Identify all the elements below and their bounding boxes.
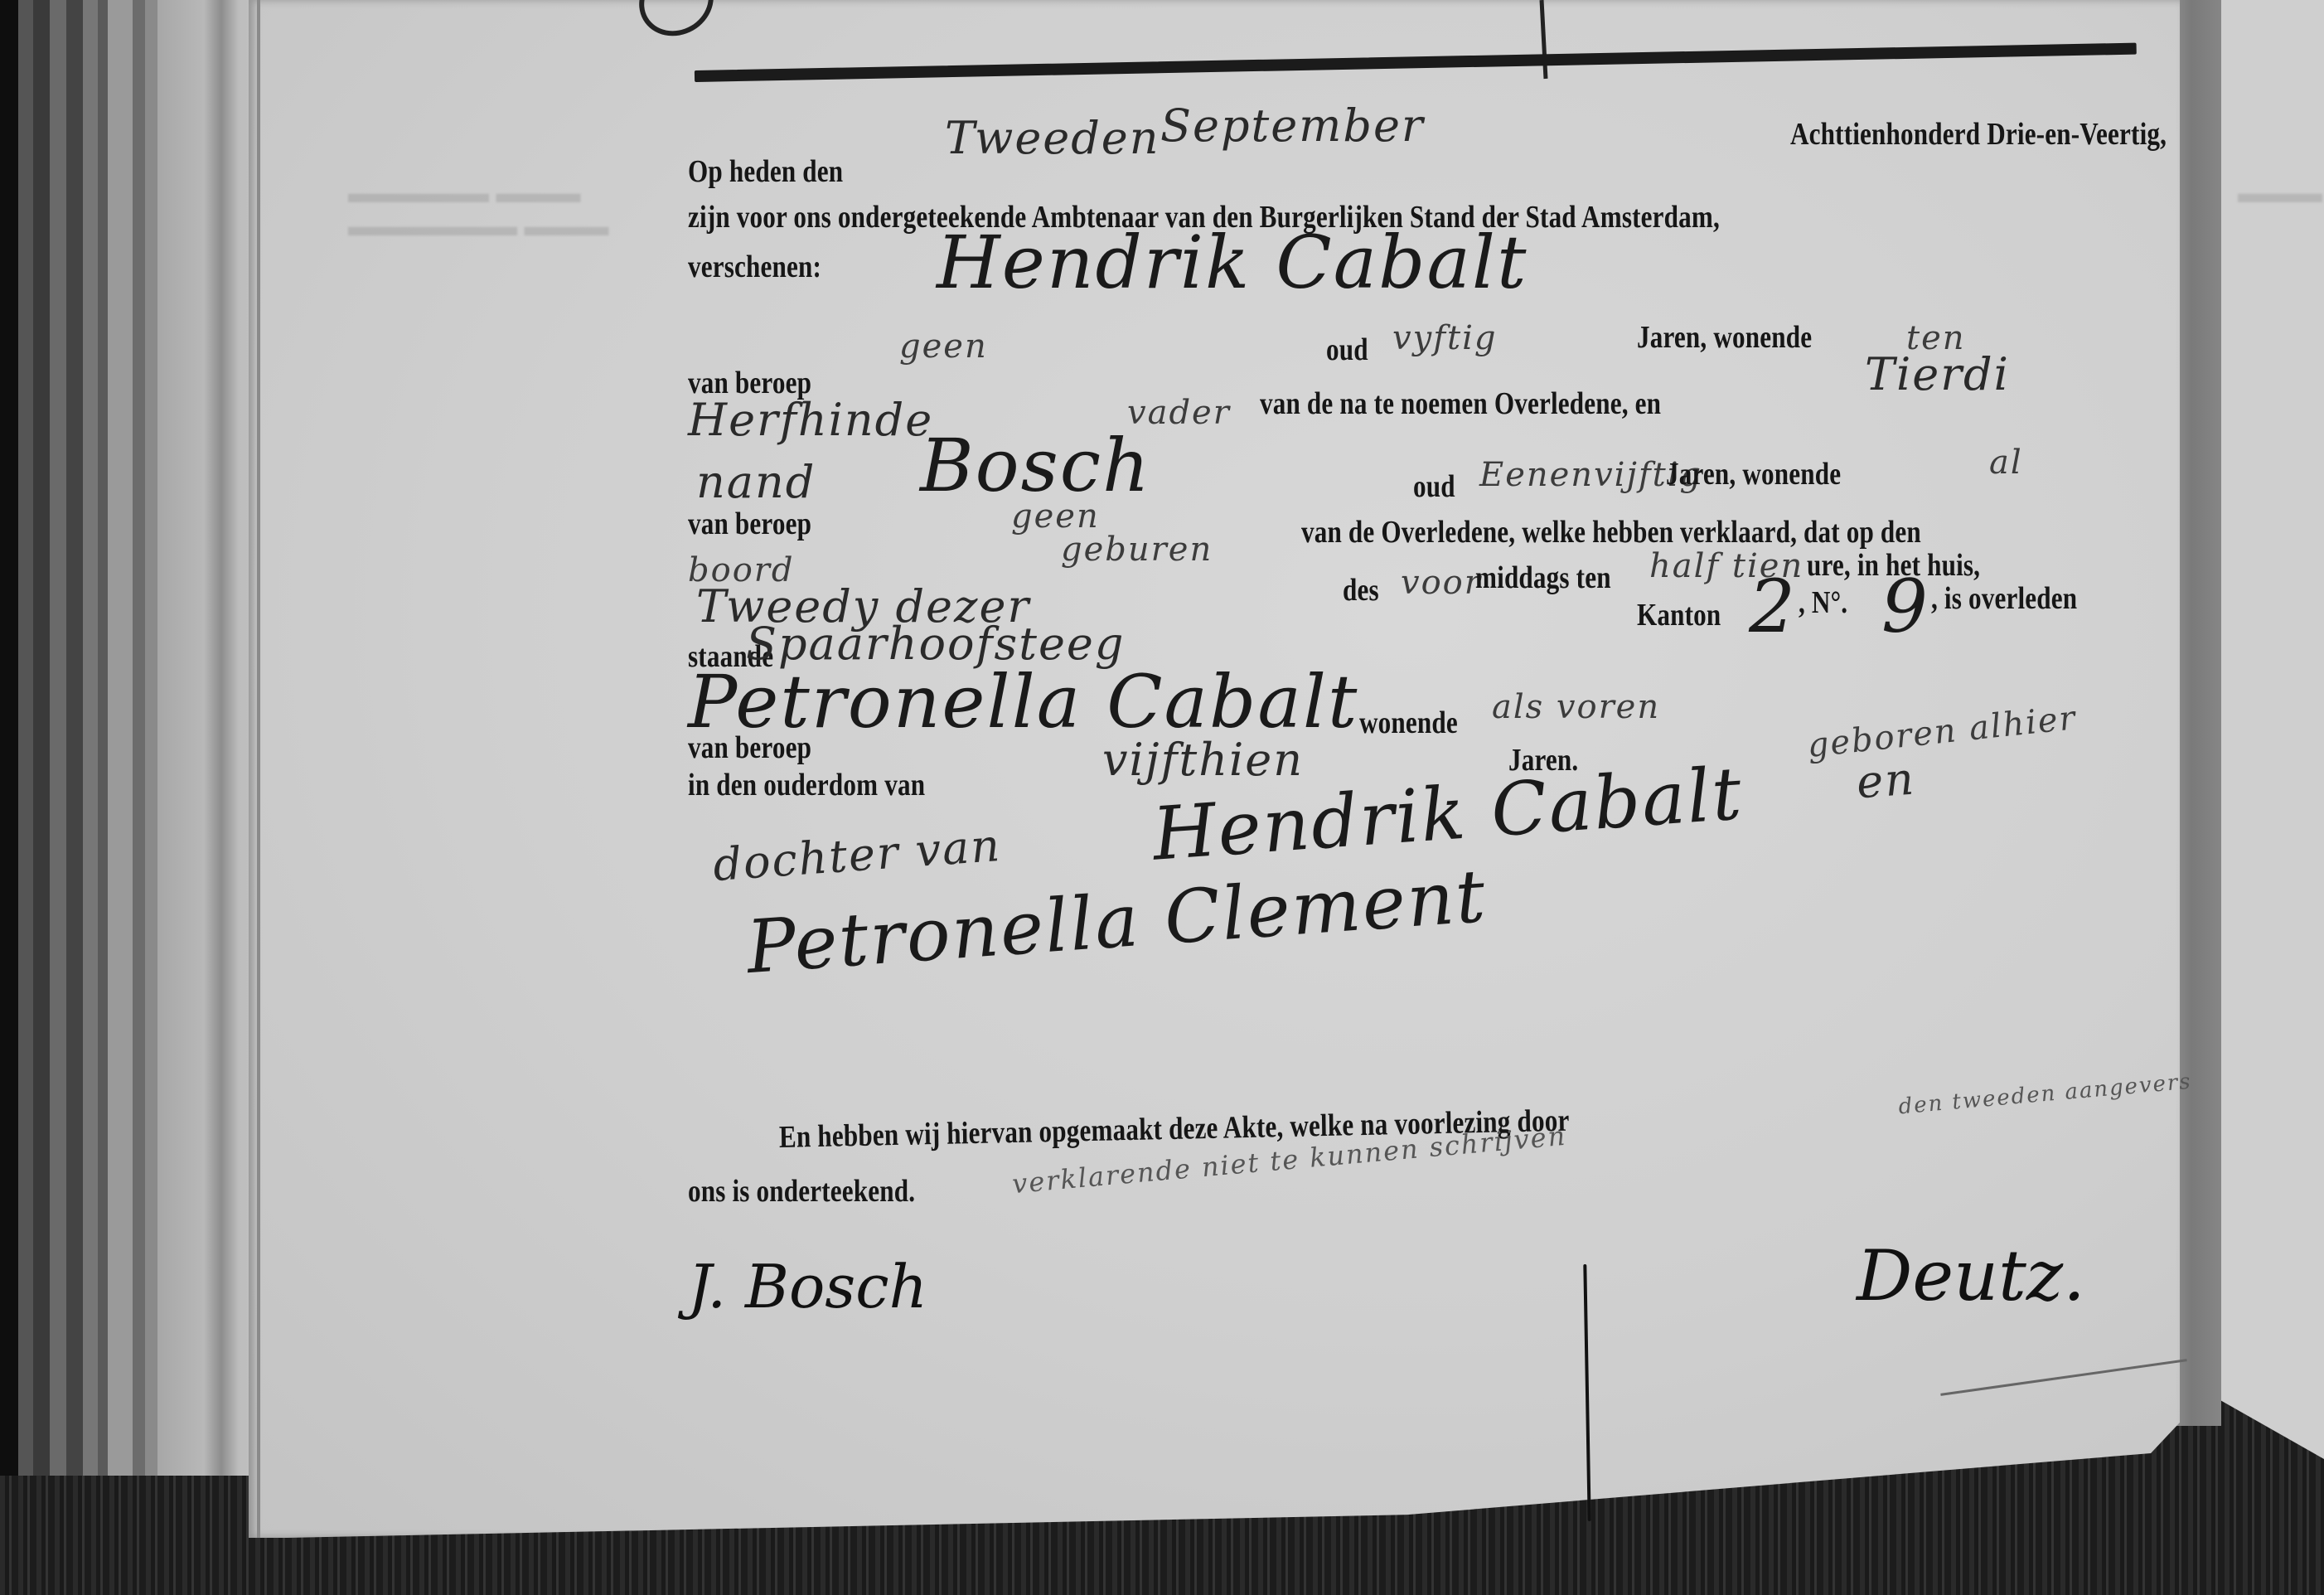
handwritten-deceased-wonende: als voren bbox=[1492, 688, 1660, 726]
handwritten-house-number: 9 bbox=[1881, 564, 1929, 649]
handwritten-deceased-age: vijfthien bbox=[1102, 734, 1304, 786]
handwritten-time-prefix: voor bbox=[1401, 564, 1482, 602]
printed-jaren-wonende-2: Jaren, wonende bbox=[1666, 456, 1841, 492]
bleed-through-text: ▬▬▬▬▬▬ ▬▬▬ bbox=[348, 211, 609, 243]
adjacent-page bbox=[2221, 0, 2324, 1459]
handwritten-declarant2-residence: al bbox=[1989, 444, 2023, 482]
printed-closing-2: ons is onderteekend. bbox=[688, 1173, 915, 1210]
printed-middags-ten: middags ten bbox=[1475, 560, 1611, 596]
printed-jaren-wonende-1: Jaren, wonende bbox=[1637, 319, 1812, 356]
handwritten-declarant1-beroep: geen bbox=[899, 327, 988, 366]
printed-oud-2: oud bbox=[1413, 468, 1455, 505]
handwritten-conjunction: en bbox=[1855, 753, 1917, 809]
printed-kanton: Kanton bbox=[1637, 597, 1721, 633]
bleed-through-text: ▬▬▬▬▬ ▬▬▬ bbox=[348, 178, 581, 210]
handwritten-relation-2: geburen bbox=[1061, 531, 1213, 569]
printed-wonende-3: wonende bbox=[1359, 705, 1458, 741]
signature-right: Deutz. bbox=[1857, 1235, 2085, 1316]
handwritten-declarant1-name: Hendrik Cabalt bbox=[937, 220, 1528, 305]
handwritten-declarant2-name-b: Bosch bbox=[920, 423, 1151, 508]
printed-year: Achttienhonderd Drie-en-Veertig, bbox=[1790, 116, 2167, 153]
handwritten-declarant1-age: vyftig bbox=[1392, 319, 1497, 357]
book-page-stack bbox=[0, 0, 274, 1476]
printed-verklaard: van de Overledene, welke hebben verklaar… bbox=[1301, 514, 1921, 550]
handwritten-date-day: Tweeden bbox=[945, 112, 1160, 164]
handwritten-residence-c: Herfhinde bbox=[688, 394, 933, 446]
printed-ouderdom: in den ouderdom van bbox=[688, 767, 925, 803]
printed-nummer: , N°. bbox=[1799, 584, 1847, 621]
printed-is-overleden: , is overleden bbox=[1931, 580, 2077, 617]
printed-verschenen: verschenen: bbox=[688, 249, 821, 285]
printed-beroep-3: van beroep bbox=[688, 730, 811, 766]
printed-oud-1: oud bbox=[1326, 332, 1368, 368]
handwritten-date-month: September bbox=[1160, 99, 1425, 152]
printed-relation-1: van de na te noemen Overledene, en bbox=[1260, 385, 1661, 422]
printed-beroep-2: van beroep bbox=[688, 506, 811, 542]
signature-left: J. Bosch bbox=[688, 1252, 927, 1321]
bleed-through-text: ▬▬▬ bbox=[2238, 178, 2322, 210]
printed-date-prefix: Op heden den bbox=[688, 153, 843, 190]
handwritten-declarant2-name-a: nand bbox=[696, 456, 816, 508]
handwritten-kanton-number: 2 bbox=[1749, 564, 1797, 649]
printed-des: des bbox=[1343, 572, 1379, 608]
handwritten-residence-b: Tierdi bbox=[1865, 348, 2010, 400]
